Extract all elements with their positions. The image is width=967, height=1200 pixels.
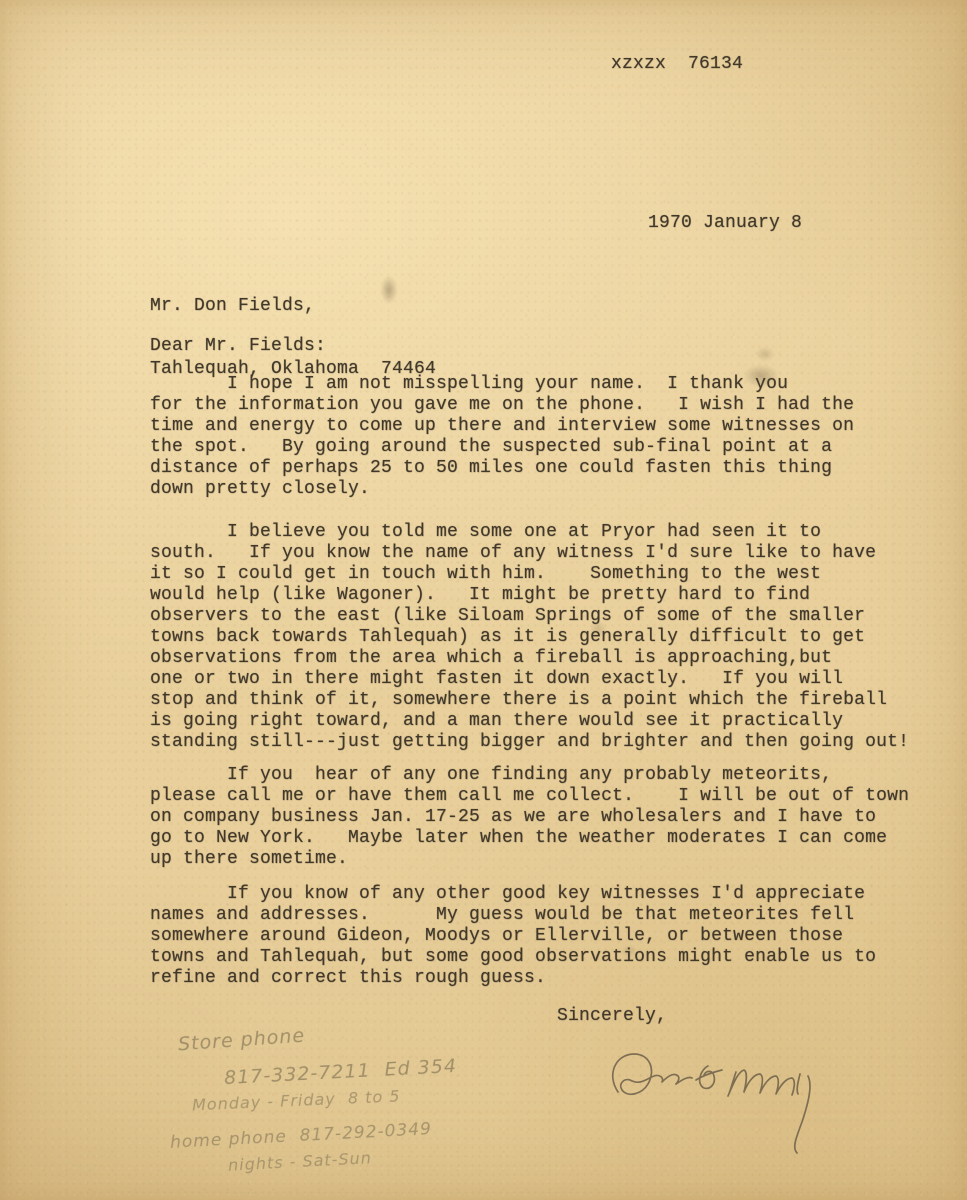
letter-page: xzxzx 76134 1970 January 8 Mr. Don Field…	[0, 0, 967, 1200]
signature-stroke-2	[696, 1066, 722, 1088]
body-paragraph-2: I believe you told me some one at Pryor …	[150, 522, 950, 753]
handwritten-note-store-number: 817-332-7211 Ed 354	[224, 1055, 458, 1089]
signature-handwriting-oscar-e-monnig	[596, 1040, 836, 1160]
handwritten-note-store-phone: Store phone	[177, 1025, 305, 1056]
file-reference-number: xzxzx 76134	[611, 54, 743, 75]
body-paragraph-4: If you know of any other good key witnes…	[150, 884, 950, 989]
ink-smudge	[752, 344, 778, 364]
handwritten-note-home-hours: nights - Sat-Sun	[228, 1148, 373, 1175]
salutation: Dear Mr. Fields:	[150, 336, 326, 357]
body-paragraph-3: If you hear of any one finding any proba…	[150, 765, 950, 870]
signature-stroke-3	[728, 1070, 810, 1153]
closing-sincerely: Sincerely,	[557, 1006, 667, 1027]
body-paragraph-1: I hope I am not misspelling your name. I…	[150, 374, 950, 500]
handwritten-note-home-phone: home phone 817-292-0349	[170, 1119, 433, 1153]
signature-stroke-1	[613, 1054, 692, 1094]
letter-date: 1970 January 8	[648, 213, 802, 234]
recipient-name: Mr. Don Fields,	[150, 296, 436, 317]
handwritten-note-store-hours: Monday - Friday 8 to 5	[192, 1086, 401, 1114]
